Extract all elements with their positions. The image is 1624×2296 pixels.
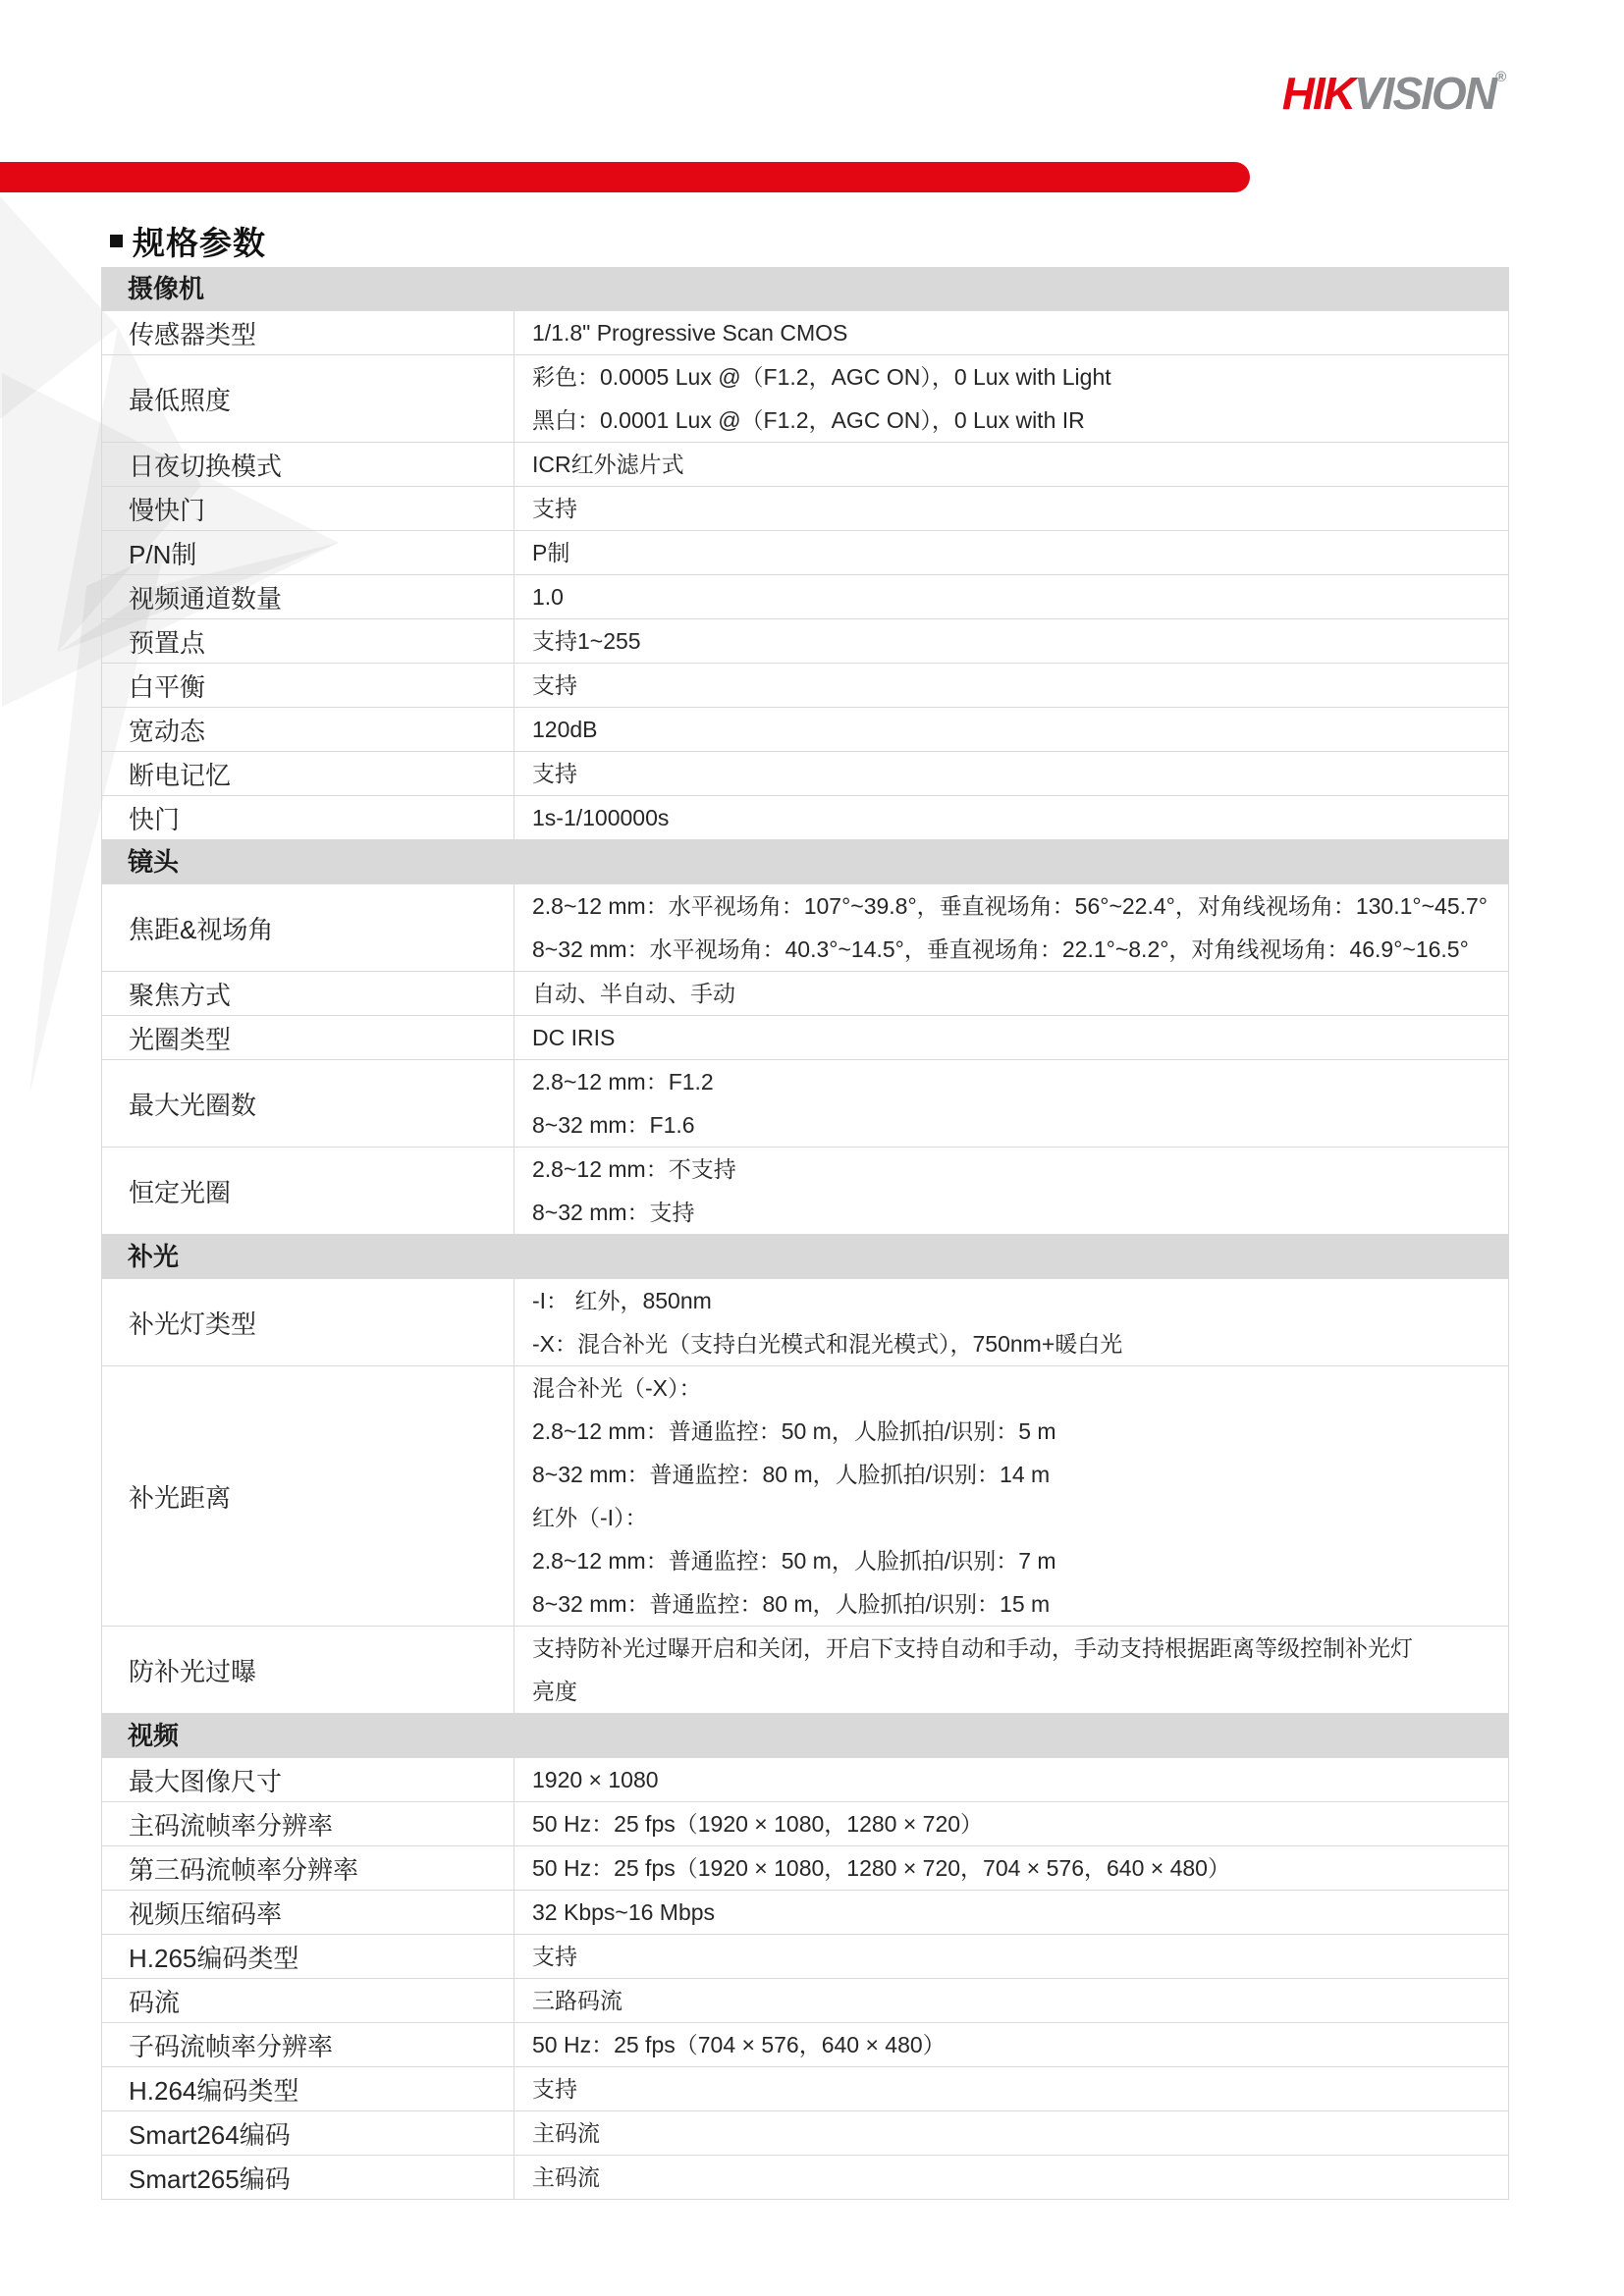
spec-label: 日夜切换模式 (102, 443, 514, 486)
spec-value: ICR红外滤片式 (514, 443, 1508, 486)
spec-value-line: 120dB (532, 708, 1508, 751)
spec-value-line: 亮度 (532, 1670, 1508, 1713)
spec-value: DC IRIS (514, 1016, 1508, 1059)
registered-mark: ® (1495, 69, 1506, 85)
spec-label: 最大光圈数 (102, 1060, 514, 1147)
spec-value-line: 8~32 mm：普通监控：80 m，人脸抓拍/识别：14 m (532, 1453, 1508, 1496)
spec-row: 预置点支持1~255 (102, 619, 1508, 664)
spec-value-line: 红外（-I）： (532, 1496, 1508, 1539)
spec-value-line: 1920 × 1080 (532, 1758, 1508, 1801)
spec-value-line: 2.8~12 mm：普通监控：50 m，人脸抓拍/识别：7 m (532, 1539, 1508, 1582)
spec-row: Smart264编码主码流 (102, 2111, 1508, 2156)
section-header: 镜头 (101, 840, 1509, 884)
spec-row: Smart265编码主码流 (102, 2156, 1508, 2200)
spec-label: 恒定光圈 (102, 1148, 514, 1234)
section-header: 补光 (101, 1235, 1509, 1279)
spec-value-line: 黑白：0.0001 Lux @（F1.2，AGC ON），0 Lux with … (532, 399, 1508, 442)
spec-value: 50 Hz：25 fps（704 × 576，640 × 480） (514, 2023, 1508, 2066)
spec-value: 120dB (514, 708, 1508, 751)
spec-value-line: 支持 (532, 1935, 1508, 1978)
spec-row: 断电记忆支持 (102, 752, 1508, 796)
spec-row: 第三码流帧率分辨率50 Hz：25 fps（1920 × 1080，1280 ×… (102, 1846, 1508, 1891)
spec-value-line: 支持防补光过曝开启和关闭，开启下支持自动和手动，手动支持根据距离等级控制补光灯 (532, 1627, 1508, 1670)
spec-value-line: 1/1.8" Progressive Scan CMOS (532, 311, 1508, 354)
spec-label: 快门 (102, 796, 514, 839)
spec-value: -I： 红外，850nm-X：混合补光（支持白光模式和混光模式），750nm+暖… (514, 1279, 1508, 1365)
spec-label: 宽动态 (102, 708, 514, 751)
spec-value-line: 支持 (532, 664, 1508, 707)
spec-label: H.265编码类型 (102, 1935, 514, 1978)
spec-label: 第三码流帧率分辨率 (102, 1846, 514, 1890)
spec-value-line: 支持 (532, 2067, 1508, 2110)
section-header: 摄像机 (101, 267, 1509, 311)
spec-value-line: 8~32 mm：普通监控：80 m，人脸抓拍/识别：15 m (532, 1582, 1508, 1626)
spec-label: 最低照度 (102, 355, 514, 442)
spec-value-line: 支持1~255 (532, 619, 1508, 663)
page-title: 规格参数 (110, 218, 266, 264)
spec-value-line: 支持 (532, 752, 1508, 795)
spec-value-line: 32 Kbps~16 Mbps (532, 1891, 1508, 1934)
section-header: 视频 (101, 1714, 1509, 1758)
brand-hik: HIK (1282, 68, 1354, 119)
spec-value-line: -I： 红外，850nm (532, 1279, 1508, 1322)
red-accent-bar (0, 162, 1250, 192)
spec-label: H.264编码类型 (102, 2067, 514, 2110)
spec-value-line: 2.8~12 mm：水平视场角：107°~39.8°，垂直视场角：56°~22.… (532, 884, 1508, 928)
spec-value: 混合补光（-X）：2.8~12 mm：普通监控：50 m，人脸抓拍/识别：5 m… (514, 1366, 1508, 1626)
spec-table: 摄像机传感器类型1/1.8" Progressive Scan CMOS最低照度… (101, 267, 1509, 2200)
spec-value-line: 1s-1/100000s (532, 796, 1508, 839)
spec-label: 码流 (102, 1979, 514, 2022)
spec-row: 慢快门支持 (102, 487, 1508, 531)
spec-value: 2.8~12 mm：F1.28~32 mm：F1.6 (514, 1060, 1508, 1147)
spec-value: 支持防补光过曝开启和关闭，开启下支持自动和手动，手动支持根据距离等级控制补光灯亮… (514, 1627, 1508, 1713)
spec-row: 最大光圈数2.8~12 mm：F1.28~32 mm：F1.6 (102, 1060, 1508, 1148)
spec-value-line: 三路码流 (532, 1979, 1508, 2022)
spec-label: 预置点 (102, 619, 514, 663)
spec-value-line: 2.8~12 mm：不支持 (532, 1148, 1508, 1191)
spec-row: H.264编码类型支持 (102, 2067, 1508, 2111)
spec-row: 光圈类型DC IRIS (102, 1016, 1508, 1060)
spec-label: 焦距&视场角 (102, 884, 514, 971)
spec-value-line: 1.0 (532, 575, 1508, 618)
page-title-text: 规格参数 (133, 218, 266, 264)
spec-value-line: 50 Hz：25 fps（1920 × 1080，1280 × 720，704 … (532, 1846, 1508, 1890)
spec-label: 主码流帧率分辨率 (102, 1802, 514, 1845)
spec-value-line: P制 (532, 531, 1508, 574)
spec-value-line: 主码流 (532, 2156, 1508, 2199)
spec-label: Smart264编码 (102, 2111, 514, 2155)
spec-value: 32 Kbps~16 Mbps (514, 1891, 1508, 1934)
spec-row: 视频通道数量1.0 (102, 575, 1508, 619)
spec-value-line: 8~32 mm：水平视场角：40.3°~14.5°，垂直视场角：22.1°~8.… (532, 928, 1508, 971)
spec-row: 焦距&视场角2.8~12 mm：水平视场角：107°~39.8°，垂直视场角：5… (102, 884, 1508, 972)
spec-value-line: 彩色：0.0005 Lux @（F1.2，AGC ON），0 Lux with … (532, 355, 1508, 399)
spec-row: 传感器类型1/1.8" Progressive Scan CMOS (102, 311, 1508, 355)
spec-value-line: 2.8~12 mm：F1.2 (532, 1060, 1508, 1103)
spec-value: 50 Hz：25 fps（1920 × 1080，1280 × 720，704 … (514, 1846, 1508, 1890)
spec-value-line: 主码流 (532, 2111, 1508, 2155)
spec-value: 2.8~12 mm：水平视场角：107°~39.8°，垂直视场角：56°~22.… (514, 884, 1508, 971)
spec-row: 聚焦方式自动、半自动、手动 (102, 972, 1508, 1016)
spec-label: 白平衡 (102, 664, 514, 707)
spec-label: 补光距离 (102, 1366, 514, 1626)
spec-value-line: 自动、半自动、手动 (532, 972, 1508, 1015)
spec-value: 支持 (514, 2067, 1508, 2110)
spec-label: 视频通道数量 (102, 575, 514, 618)
spec-label: 慢快门 (102, 487, 514, 530)
spec-value: 主码流 (514, 2111, 1508, 2155)
spec-row: 主码流帧率分辨率50 Hz：25 fps（1920 × 1080，1280 × … (102, 1802, 1508, 1846)
spec-row: P/N制P制 (102, 531, 1508, 575)
spec-row: 快门1s-1/100000s (102, 796, 1508, 840)
spec-row: 视频压缩码率32 Kbps~16 Mbps (102, 1891, 1508, 1935)
spec-row: 最低照度彩色：0.0005 Lux @（F1.2，AGC ON），0 Lux w… (102, 355, 1508, 443)
spec-label: 视频压缩码率 (102, 1891, 514, 1934)
spec-row: 补光灯类型-I： 红外，850nm-X：混合补光（支持白光模式和混光模式），75… (102, 1279, 1508, 1366)
spec-value-line: DC IRIS (532, 1016, 1508, 1059)
spec-value: 1.0 (514, 575, 1508, 618)
spec-value: 支持 (514, 752, 1508, 795)
spec-value: 支持 (514, 1935, 1508, 1978)
spec-label: 防补光过曝 (102, 1627, 514, 1713)
spec-label: 聚焦方式 (102, 972, 514, 1015)
spec-value-line: 50 Hz：25 fps（1920 × 1080，1280 × 720） (532, 1802, 1508, 1845)
spec-row: 最大图像尺寸1920 × 1080 (102, 1758, 1508, 1802)
spec-value: 1/1.8" Progressive Scan CMOS (514, 311, 1508, 354)
spec-value-line: ICR红外滤片式 (532, 443, 1508, 486)
spec-label: 补光灯类型 (102, 1279, 514, 1365)
spec-value: 50 Hz：25 fps（1920 × 1080，1280 × 720） (514, 1802, 1508, 1845)
spec-label: 最大图像尺寸 (102, 1758, 514, 1801)
spec-value: 三路码流 (514, 1979, 1508, 2022)
title-bullet-icon (110, 235, 123, 247)
spec-value: 支持 (514, 664, 1508, 707)
spec-label: 传感器类型 (102, 311, 514, 354)
spec-row: 日夜切换模式ICR红外滤片式 (102, 443, 1508, 487)
spec-value: 自动、半自动、手动 (514, 972, 1508, 1015)
brand-vision: VISION (1354, 68, 1495, 119)
spec-label: Smart265编码 (102, 2156, 514, 2199)
spec-label: 断电记忆 (102, 752, 514, 795)
spec-value: 支持 (514, 487, 1508, 530)
spec-value: P制 (514, 531, 1508, 574)
spec-value: 支持1~255 (514, 619, 1508, 663)
spec-row: 白平衡支持 (102, 664, 1508, 708)
spec-value-line: 8~32 mm：支持 (532, 1191, 1508, 1234)
spec-row: 防补光过曝支持防补光过曝开启和关闭，开启下支持自动和手动，手动支持根据距离等级控… (102, 1627, 1508, 1714)
spec-label: 子码流帧率分辨率 (102, 2023, 514, 2066)
spec-row: 子码流帧率分辨率50 Hz：25 fps（704 × 576，640 × 480… (102, 2023, 1508, 2067)
spec-value: 主码流 (514, 2156, 1508, 2199)
spec-value: 彩色：0.0005 Lux @（F1.2，AGC ON），0 Lux with … (514, 355, 1508, 442)
spec-row: 恒定光圈2.8~12 mm：不支持8~32 mm：支持 (102, 1148, 1508, 1235)
spec-value-line: 混合补光（-X）： (532, 1366, 1508, 1410)
spec-row: 宽动态120dB (102, 708, 1508, 752)
spec-value-line: 2.8~12 mm：普通监控：50 m，人脸抓拍/识别：5 m (532, 1410, 1508, 1453)
spec-row: 码流三路码流 (102, 1979, 1508, 2023)
spec-value: 2.8~12 mm：不支持8~32 mm：支持 (514, 1148, 1508, 1234)
spec-row: H.265编码类型支持 (102, 1935, 1508, 1979)
hikvision-logo: HIKVISION® (1282, 67, 1506, 120)
spec-label: 光圈类型 (102, 1016, 514, 1059)
spec-value-line: 50 Hz：25 fps（704 × 576，640 × 480） (532, 2023, 1508, 2066)
spec-value-line: -X：混合补光（支持白光模式和混光模式），750nm+暖白光 (532, 1322, 1508, 1365)
spec-value-line: 8~32 mm：F1.6 (532, 1103, 1508, 1147)
spec-value-line: 支持 (532, 487, 1508, 530)
spec-value: 1920 × 1080 (514, 1758, 1508, 1801)
spec-row: 补光距离混合补光（-X）：2.8~12 mm：普通监控：50 m，人脸抓拍/识别… (102, 1366, 1508, 1627)
spec-value: 1s-1/100000s (514, 796, 1508, 839)
spec-label: P/N制 (102, 531, 514, 574)
